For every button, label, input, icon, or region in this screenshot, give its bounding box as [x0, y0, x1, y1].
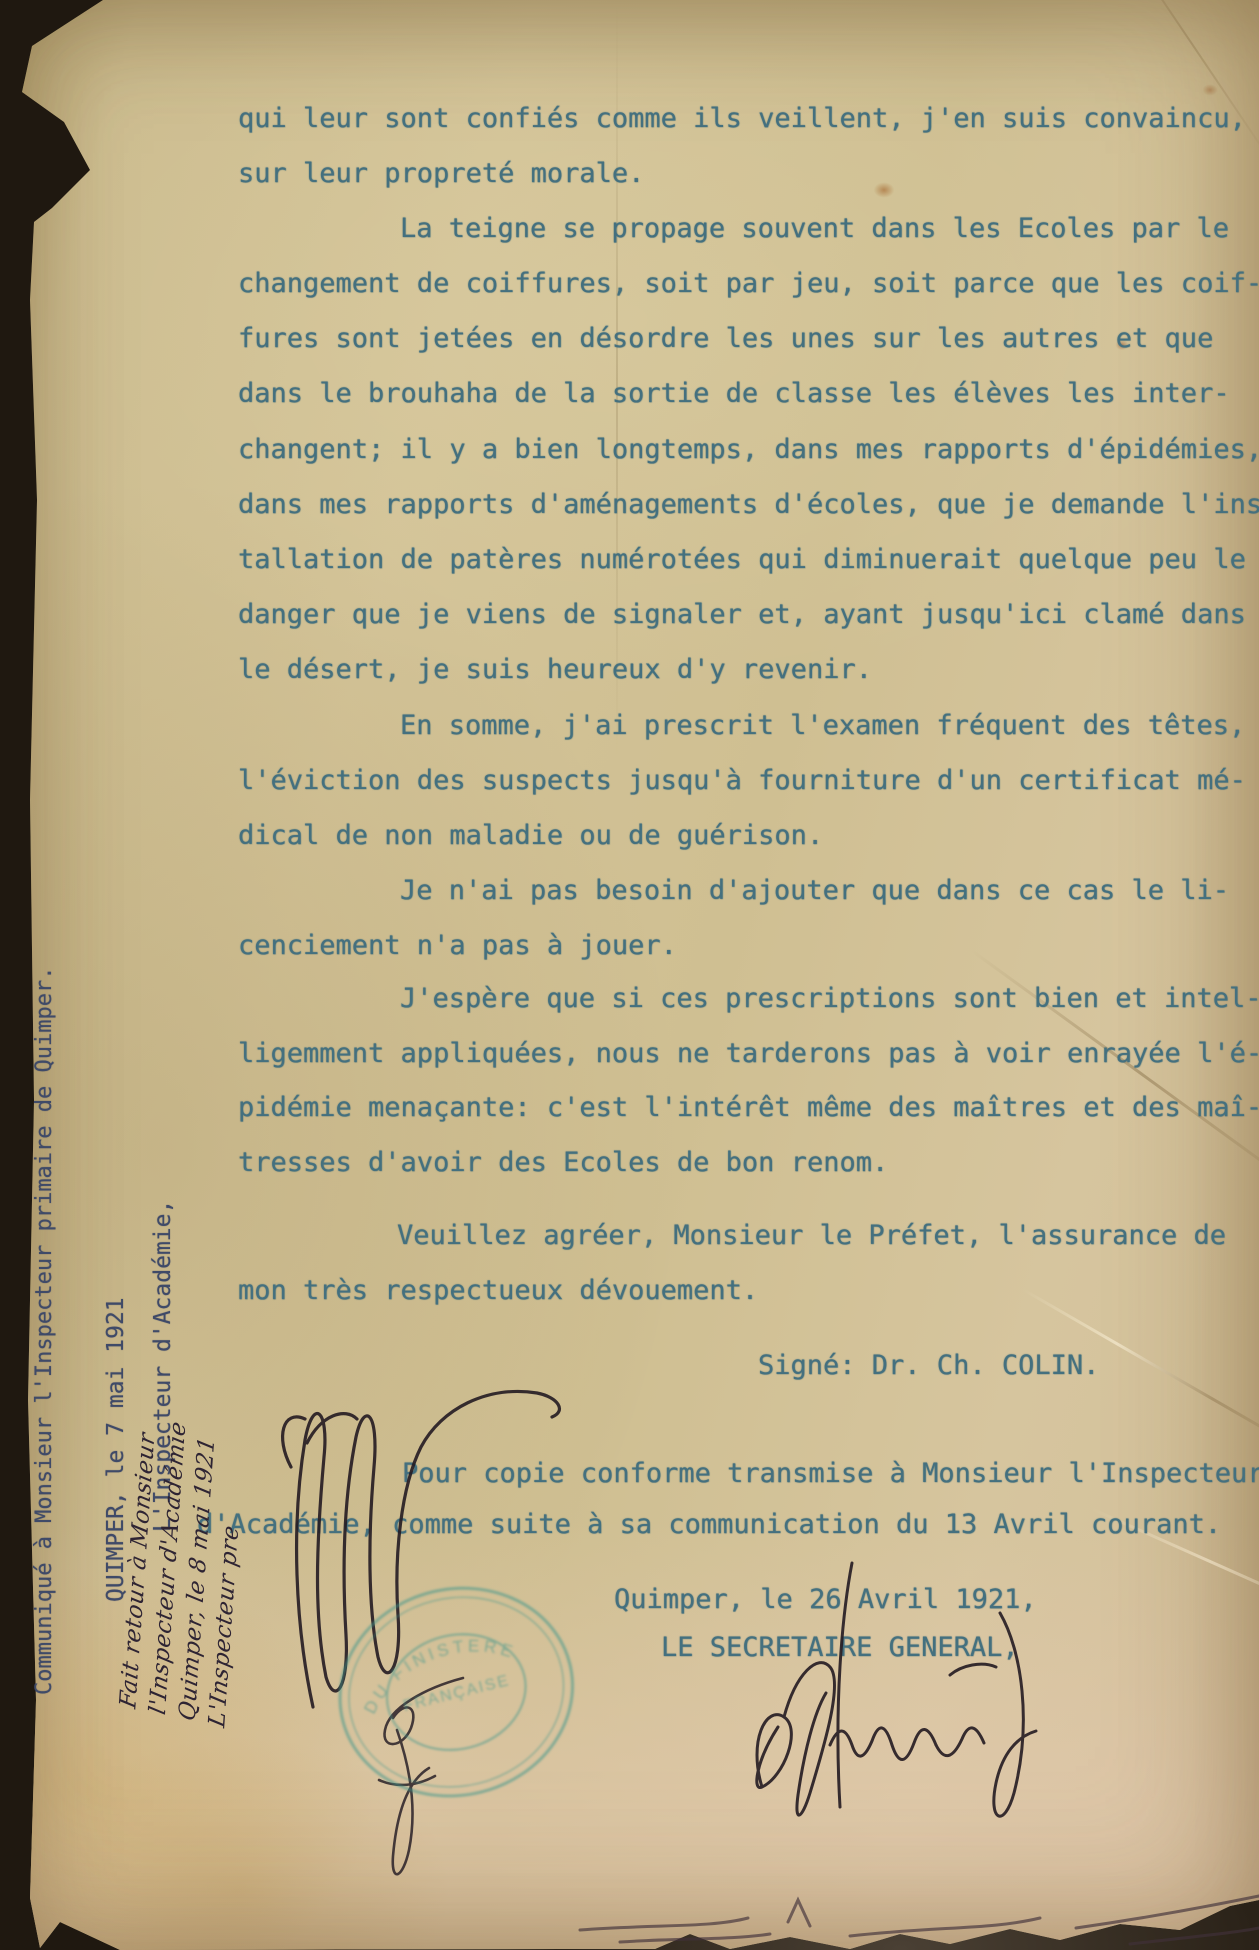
typed-line: ligemment appliquées, nous ne tarderons …	[238, 1040, 1259, 1067]
typed-line: le désert, je suis heureux d'y revenir.	[238, 656, 872, 683]
typed-line: l'éviction des suspects jusqu'à fournitu…	[238, 767, 1246, 794]
typed-line: Je n'ai pas besoin d'ajouter que dans ce…	[400, 877, 1229, 904]
stamp-center-text: FRANÇAISE	[401, 1672, 511, 1715]
typed-line: La teigne se propage souvent dans les Ec…	[400, 215, 1229, 242]
scanned-letter-page: qui leur sont confiés comme ils veillent…	[0, 0, 1259, 1950]
secretary-signature	[700, 1555, 1150, 1845]
typed-line: changement de coiffures, soit par jeu, s…	[238, 270, 1259, 297]
bottom-edge-wear	[520, 1878, 1259, 1950]
typed-line: fures sont jetées en désordre les unes s…	[238, 325, 1213, 352]
typed-line: dans le brouhaha de la sortie de classe …	[238, 380, 1230, 407]
typed-line: qui leur sont confiés comme ils veillent…	[238, 105, 1246, 132]
typed-line: mon très respectueux dévouement.	[238, 1277, 758, 1304]
signature-line-typed: Signé: Dr. Ch. COLIN.	[758, 1352, 1099, 1379]
typed-line: cenciement n'a pas à jouer.	[238, 932, 677, 959]
typed-line: dans mes rapports d'aménagements d'école…	[238, 491, 1259, 518]
margin-note-communique: Communiqué à Monsieur l'Inspecteur prima…	[32, 967, 58, 1695]
typed-line: danger que je viens de signaler et, ayan…	[238, 601, 1246, 628]
typed-line: J'espère que si ces prescriptions sont b…	[400, 985, 1259, 1012]
typed-line: pidémie menaçante: c'est l'intérêt même …	[238, 1094, 1259, 1121]
typed-line: En somme, j'ai prescrit l'examen fréquen…	[400, 712, 1245, 739]
typed-line: sur leur propreté morale.	[238, 160, 644, 187]
typed-line: changent; il y a bien longtemps, dans me…	[238, 436, 1259, 463]
typed-line: dical de non maladie ou de guérison.	[238, 822, 823, 849]
typed-line: tallation de patères numérotées qui dimi…	[238, 546, 1246, 573]
typed-line: tresses d'avoir des Ecoles de bon renom.	[238, 1149, 888, 1176]
typed-line: Veuillez agréer, Monsieur le Préfet, l'a…	[397, 1222, 1226, 1249]
